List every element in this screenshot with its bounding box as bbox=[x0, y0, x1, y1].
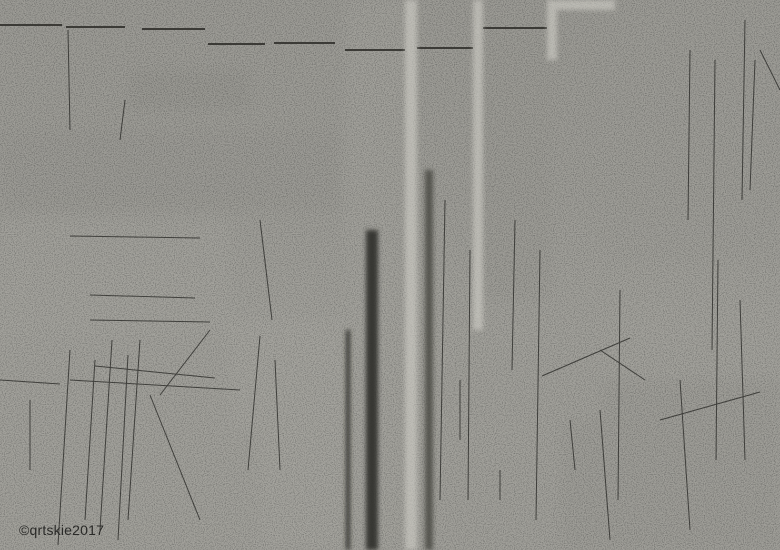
charcoal-artwork: ©qrtskie2017 bbox=[0, 0, 780, 550]
watermark: ©qrtskie2017 bbox=[19, 522, 104, 538]
artwork-texture bbox=[0, 0, 780, 550]
